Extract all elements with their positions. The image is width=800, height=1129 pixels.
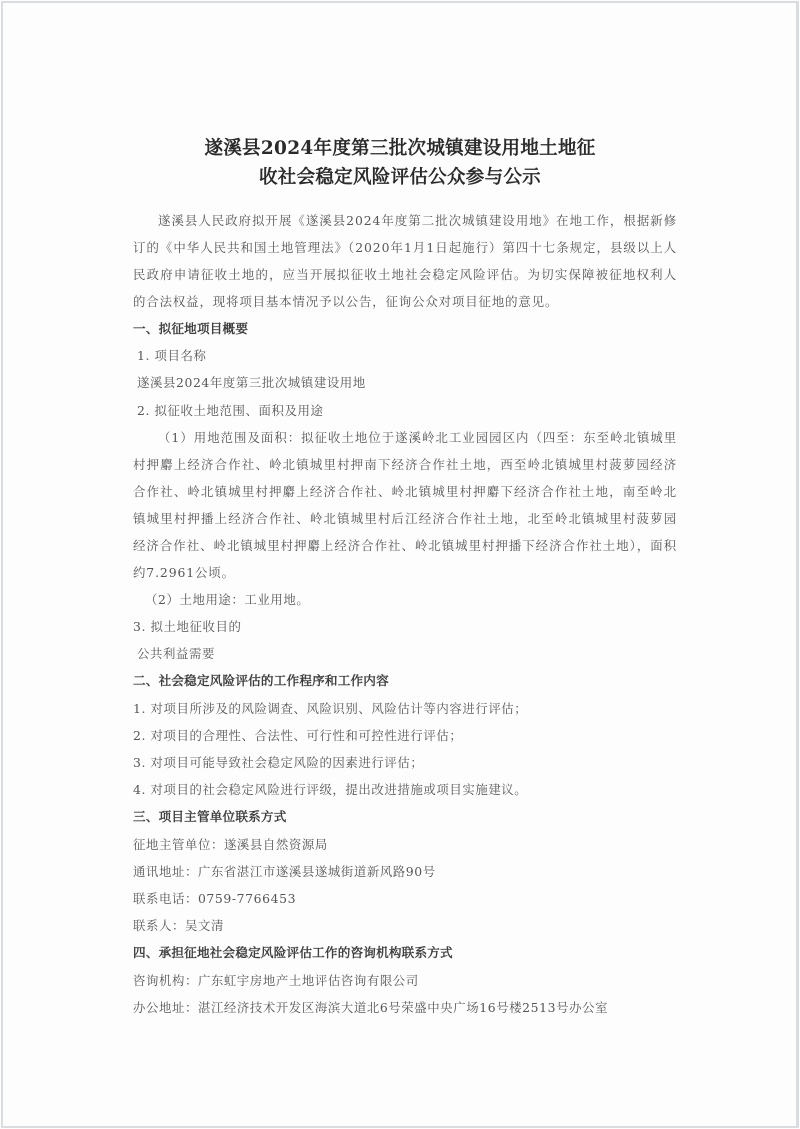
- section-3-heading: 三、项目主管单位联系方式: [133, 803, 677, 830]
- document-body: 遂溪县人民政府拟开展《遂溪县2024年度第二批次城镇建设用地》在地工作，根据新修…: [133, 207, 677, 1021]
- section-1-heading: 一、拟征地项目概要: [133, 315, 677, 342]
- project-name: 遂溪县2024年度第三批次城镇建设用地: [133, 369, 677, 396]
- authority-address-value: 广东省湛江市遂溪县遂城街道新风路90号: [198, 864, 436, 879]
- land-use: （2）土地用途：工业用地。: [133, 586, 677, 613]
- authority-phone: 联系电话：0759-7766453: [133, 885, 677, 912]
- authority-unit-value: 遂溪县自然资源局: [224, 837, 328, 852]
- authority-unit-label: 征地主管单位：: [133, 837, 224, 852]
- procedure-item: 3. 对项目可能导致社会稳定风险的因素进行评估；: [133, 749, 677, 776]
- item-1-heading: 1. 项目名称: [133, 342, 677, 369]
- authority-contact: 联系人：吴文清: [133, 912, 677, 939]
- acquisition-purpose: 公共利益需要: [133, 640, 677, 667]
- authority-contact-value: 吴文清: [185, 918, 224, 933]
- consulting-agency-label: 咨询机构：: [133, 973, 198, 988]
- office-address-value: 湛江经济技术开发区海滨大道北6号荣盛中央广场16号楼2513号办公室: [198, 1000, 608, 1015]
- procedure-item: 2. 对项目的合理性、合法性、可行性和可控性进行评估；: [133, 722, 677, 749]
- authority-address: 通讯地址：广东省湛江市遂溪县遂城街道新风路90号: [133, 858, 677, 885]
- intro-paragraph: 遂溪县人民政府拟开展《遂溪县2024年度第二批次城镇建设用地》在地工作，根据新修…: [133, 207, 677, 315]
- office-address-label: 办公地址：: [133, 1000, 198, 1015]
- authority-phone-label: 联系电话：: [133, 891, 198, 906]
- consulting-agency: 咨询机构：广东虹宇房地产土地评估咨询有限公司: [133, 967, 677, 994]
- title-line-1: 遂溪县2024年度第三批次城镇建设用地土地征: [0, 134, 800, 163]
- title-line-2: 收社会稳定风险评估公众参与公示: [0, 163, 800, 192]
- item-3-heading: 3. 拟土地征收目的: [133, 613, 677, 640]
- office-address: 办公地址：湛江经济技术开发区海滨大道北6号荣盛中央广场16号楼2513号办公室: [133, 994, 677, 1021]
- section-4-heading: 四、承担征地社会稳定风险评估工作的咨询机构联系方式: [133, 939, 677, 966]
- land-scope-paragraph: （1）用地范围及面积：拟征收土地位于遂溪岭北工业园园区内（四至：东至岭北镇城里村…: [133, 424, 677, 586]
- item-2-heading: 2. 拟征收土地范围、面积及用途: [133, 397, 677, 424]
- document-title: 遂溪县2024年度第三批次城镇建设用地土地征 收社会稳定风险评估公众参与公示: [0, 134, 800, 192]
- authority-unit: 征地主管单位：遂溪县自然资源局: [133, 831, 677, 858]
- procedure-item: 1. 对项目所涉及的风险调查、风险识别、风险估计等内容进行评估；: [133, 695, 677, 722]
- authority-phone-value: 0759-7766453: [198, 891, 296, 906]
- section-2-heading: 二、社会稳定风险评估的工作程序和工作内容: [133, 667, 677, 694]
- consulting-agency-value: 广东虹宇房地产土地评估咨询有限公司: [198, 973, 419, 988]
- procedure-item: 4. 对项目的社会稳定风险进行评级，提出改进措施或项目实施建议。: [133, 776, 677, 803]
- authority-address-label: 通讯地址：: [133, 864, 198, 879]
- authority-contact-label: 联系人：: [133, 918, 185, 933]
